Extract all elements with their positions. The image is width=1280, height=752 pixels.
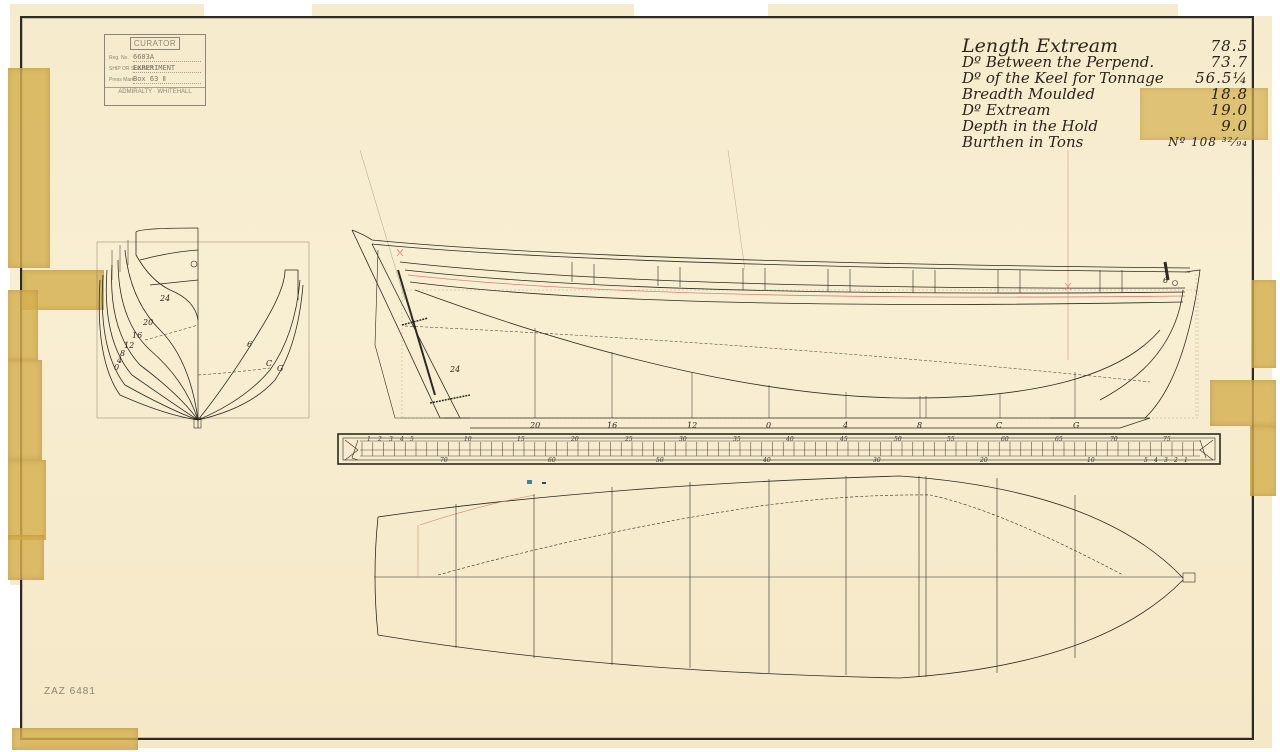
scale-ticks [0,0,1280,752]
reference-code: ZAZ 6481 [44,686,96,697]
